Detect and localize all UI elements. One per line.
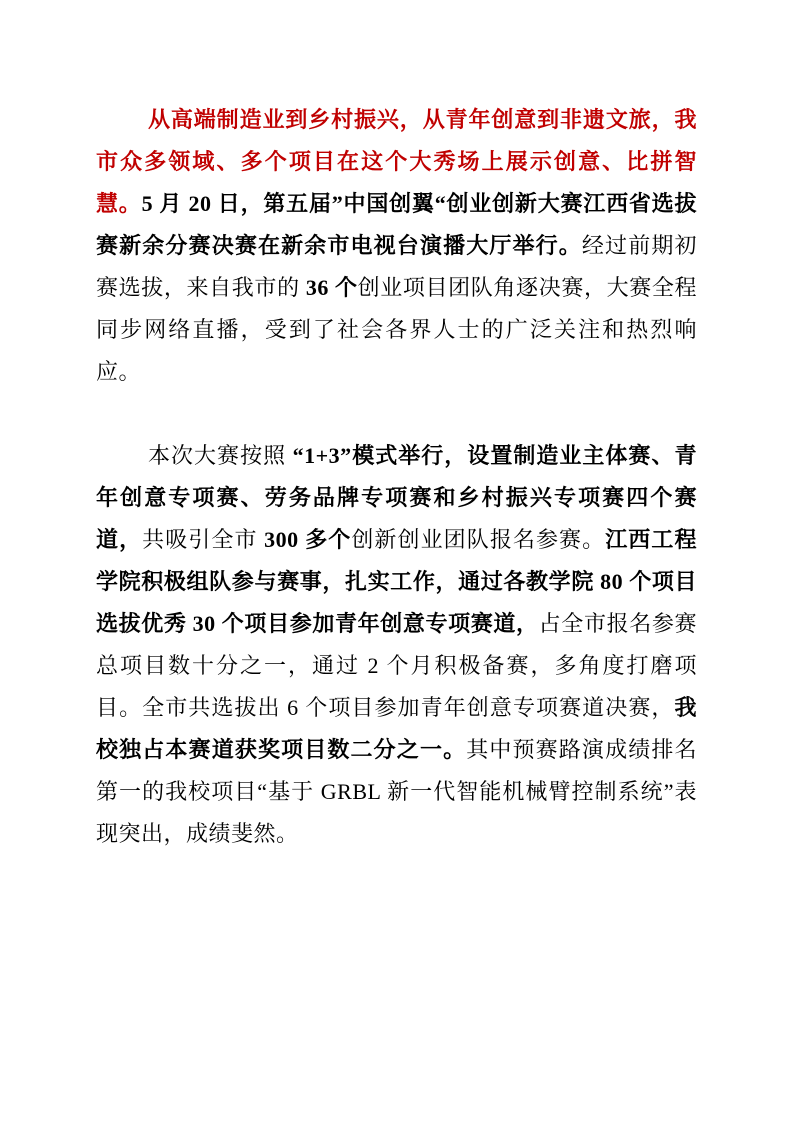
text-run: 36 个 [306,275,358,300]
paragraph-competition-intro: 从高端制造业到乡村振兴，从青年创意到非遗文旅，我市众多领域、多个项目在这个大秀场… [96,99,697,393]
text-run: 300 多个 [264,527,351,552]
text-run: 创新创业团队报名参赛。 [351,527,605,552]
text-run: 共吸引全市 [142,527,264,552]
document-body: 从高端制造业到乡村振兴，从青年创意到非遗文旅，我市众多领域、多个项目在这个大秀场… [96,99,697,855]
text-run: 本次大赛按照 [148,443,293,468]
paragraph-school-results: 本次大赛按照 “1+3”模式举行，设置制造业主体赛、青年创意专项赛、劳务品牌专项… [96,435,697,855]
document-page: 从高端制造业到乡村振兴，从青年创意到非遗文旅，我市众多领域、多个项目在这个大秀场… [0,0,793,1122]
